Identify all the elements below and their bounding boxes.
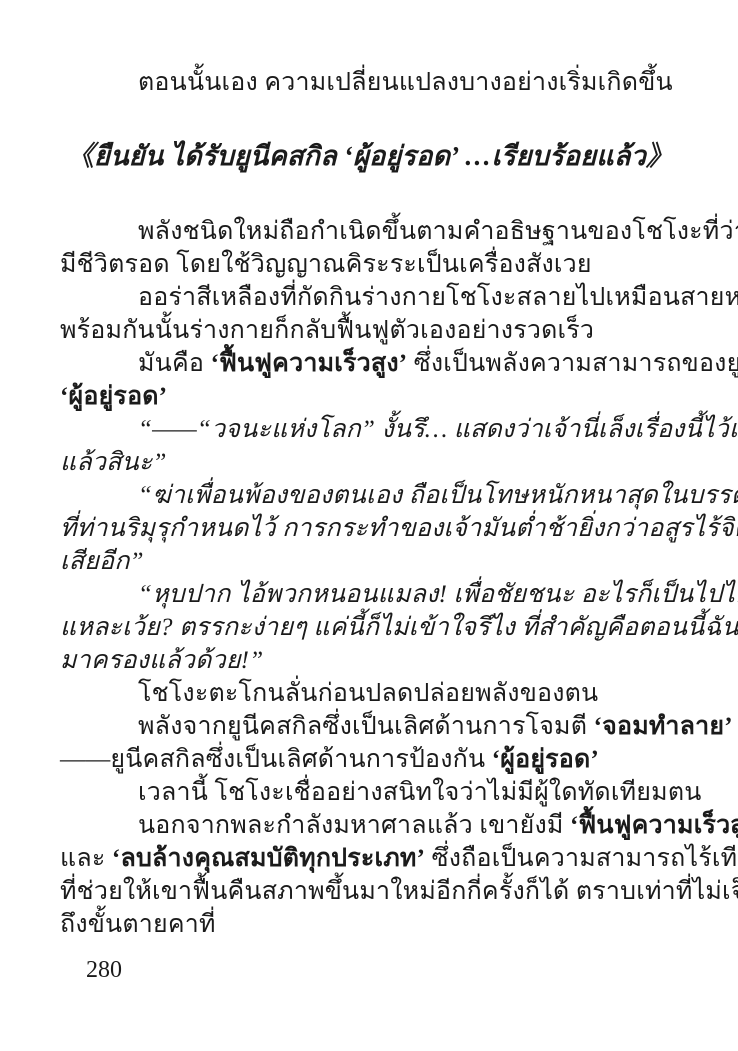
system-announcement-line: 《ยืนยัน ได้รับยูนีคสกิล ‘ผู้อยู่รอด’ …เร…	[60, 136, 680, 176]
text-run: โชโงะตะโกนลั่นก่อนปลดปล่อยพลังของตน	[138, 680, 598, 707]
text-run: พลังชนิดใหม่ถือกำเนิดขึ้นตามคำอธิษฐานของ…	[138, 218, 738, 245]
text-run: ——ยูนีคสกิลซึ่งเป็นเลิศด้านการป้องกัน	[60, 746, 492, 773]
text-line: “ฆ่าเพื่อนพ้องของตนเอง ถือเป็นโทษหนักหนา…	[60, 479, 680, 512]
skill-name-run: ‘ผู้อยู่รอด’	[60, 383, 167, 410]
text-run: กับ	[733, 713, 738, 740]
text-line: ออร่าสีเหลืองที่กัดกินร่างกายโชโงะสลายไป…	[60, 281, 680, 314]
text-run: และ	[60, 845, 112, 872]
text-line: ที่ท่านริมุรุกำหนดไว้ การกระทำของเจ้ามัน…	[60, 512, 680, 545]
text-line: ถึงขั้นตายคาที่	[60, 908, 680, 941]
text-line: มันคือ ‘ฟื้นฟูความเร็วสูง’ ซึ่งเป็นพลังค…	[60, 347, 680, 380]
text-run: 《ยืนยัน ได้รับยูนีคสกิล ‘ผู้อยู่รอด’ …เร…	[67, 141, 673, 171]
text-line: เสียอีก”	[60, 545, 680, 578]
text-line: ที่ช่วยให้เขาฟื้นคืนสภาพขึ้นมาใหม่อีกกี่…	[60, 875, 680, 908]
text-run: ออร่าสีเหลืองที่กัดกินร่างกายโชโงะสลายไป…	[138, 284, 738, 311]
text-run: เสียอีก”	[60, 548, 144, 575]
text-run: “ฆ่าเพื่อนพ้องของตนเอง ถือเป็นโทษหนักหนา…	[138, 482, 738, 509]
text-run: ถึงขั้นตายคาที่	[60, 911, 216, 938]
skill-name-run: ‘ฟื้นฟูความเร็วสูง’	[211, 350, 408, 377]
text-run: แหละเว้ย? ตรรกะง่ายๆ แค่นี้ก็ไม่เข้าใจรึ…	[60, 614, 738, 641]
book-page: ตอนนั้นเอง ความเปลี่ยนแปลงบางอย่างเริ่มเ…	[0, 0, 738, 1051]
text-line: ——ยูนีคสกิลซึ่งเป็นเลิศด้านการป้องกัน ‘ผ…	[60, 743, 680, 776]
text-run: มาครองแล้วด้วย!”	[60, 647, 263, 674]
text-run: ที่ช่วยให้เขาฟื้นคืนสภาพขึ้นมาใหม่อีกกี่…	[60, 878, 738, 905]
text-run: “——“วจนะแห่งโลก” งั้นรึ… แสดงว่าเจ้านี่เ…	[138, 416, 738, 443]
text-line: “——“วจนะแห่งโลก” งั้นรึ… แสดงว่าเจ้านี่เ…	[60, 413, 680, 446]
text-run: ตอนนั้นเอง ความเปลี่ยนแปลงบางอย่างเริ่มเ…	[138, 69, 673, 96]
text-line: มีชีวิตรอด โดยใช้วิญญาณคิระระเป็นเครื่อง…	[60, 248, 680, 281]
page-number: 280	[86, 955, 122, 985]
skill-name-run: ‘ฟื้นฟูความเร็วสูง’	[570, 812, 738, 839]
skill-name-run: ‘ลบล้างคุณสมบัติทุกประเภท’	[112, 845, 425, 872]
text-line: “หุบปาก ไอ้พวกหนอนแมลง! เพื่อชัยชนะ อะไร…	[60, 578, 680, 611]
text-line: แล้วสินะ”	[60, 446, 680, 479]
text-line: และ ‘ลบล้างคุณสมบัติทุกประเภท’ ซึ่งถือเป…	[60, 842, 680, 875]
text-run: มันคือ	[138, 350, 211, 377]
text-line: ตอนนั้นเอง ความเปลี่ยนแปลงบางอย่างเริ่มเ…	[60, 66, 680, 99]
text-line: นอกจากพละกำลังมหาศาลแล้ว เขายังมี ‘ฟื้นฟ…	[60, 809, 680, 842]
text-line: แหละเว้ย? ตรรกะง่ายๆ แค่นี้ก็ไม่เข้าใจรึ…	[60, 611, 680, 644]
text-line: เวลานี้ โชโงะเชื่ออย่างสนิทใจว่าไม่มีผู้…	[60, 776, 680, 809]
text-run: “หุบปาก ไอ้พวกหนอนแมลง! เพื่อชัยชนะ อะไร…	[138, 581, 738, 608]
text-line: พร้อมกันนั้นร่างกายก็กลับฟื้นฟูตัวเองอย่…	[60, 314, 680, 347]
text-run: พร้อมกันนั้นร่างกายก็กลับฟื้นฟูตัวเองอย่…	[60, 317, 594, 344]
text-run: ที่ท่านริมุรุกำหนดไว้ การกระทำของเจ้ามัน…	[60, 515, 738, 542]
text-run: แล้วสินะ”	[60, 449, 167, 476]
text-line: พลังชนิดใหม่ถือกำเนิดขึ้นตามคำอธิษฐานของ…	[60, 215, 680, 248]
text-line: มาครองแล้วด้วย!”	[60, 644, 680, 677]
text-run: นอกจากพละกำลังมหาศาลแล้ว เขายังมี	[138, 812, 570, 839]
skill-name-run: ‘ผู้อยู่รอด’	[492, 746, 599, 773]
page-text: ตอนนั้นเอง ความเปลี่ยนแปลงบางอย่างเริ่มเ…	[60, 66, 680, 941]
text-line: โชโงะตะโกนลั่นก่อนปลดปล่อยพลังของตน	[60, 677, 680, 710]
text-line: พลังจากยูนีคสกิลซึ่งเป็นเลิศด้านการโจมตี…	[60, 710, 680, 743]
text-run: ซึ่งเป็นพลังความสามารถของยูนีคสกิล	[407, 350, 738, 377]
text-run: มีชีวิตรอด โดยใช้วิญญาณคิระระเป็นเครื่อง…	[60, 251, 592, 278]
text-run: เวลานี้ โชโงะเชื่ออย่างสนิทใจว่าไม่มีผู้…	[138, 779, 702, 806]
text-line: ‘ผู้อยู่รอด’	[60, 380, 680, 413]
text-run: ซึ่งถือเป็นความสามารถไร้เทียมทาน	[425, 845, 738, 872]
text-run: พลังจากยูนีคสกิลซึ่งเป็นเลิศด้านการโจมตี	[138, 713, 594, 740]
skill-name-run: ‘จอมทำลาย’	[594, 713, 733, 740]
